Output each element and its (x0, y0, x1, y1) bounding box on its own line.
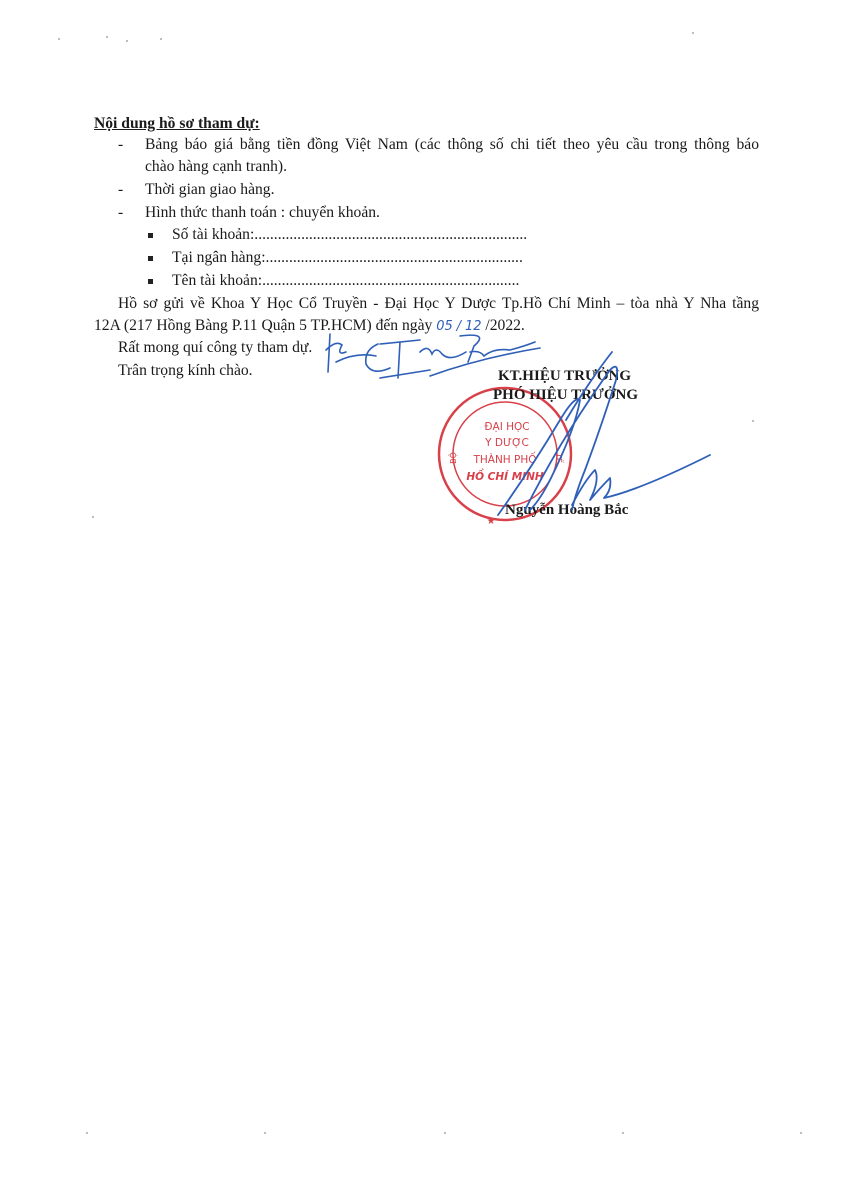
main-signature-icon (0, 0, 849, 1200)
